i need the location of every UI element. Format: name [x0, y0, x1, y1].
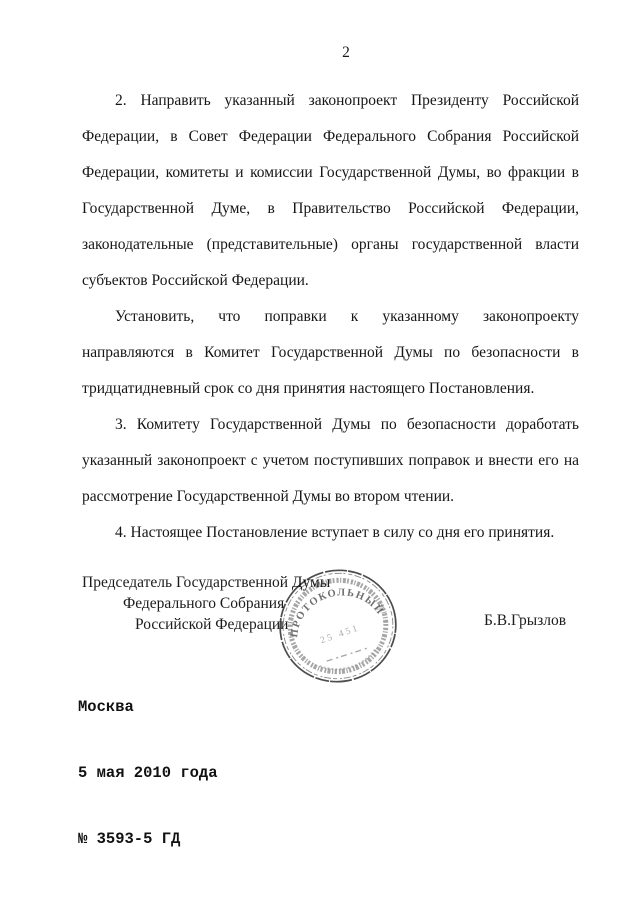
document-body: 2. Направить указанный законопроект През… [82, 83, 579, 551]
document-page: 2 2. Направить указанный законопроект Пр… [0, 0, 640, 905]
text-line: 3. Комитету Государственной Думы по безо… [82, 407, 579, 443]
paragraph: 3. Комитету Государственной Думы по безо… [82, 407, 579, 515]
text-line: Федерации, комитеты и комиссии Государст… [82, 155, 579, 191]
issuance-date: 5 мая 2010 года [78, 762, 218, 784]
text-line: 4. Настоящее Постановление вступает в си… [82, 515, 579, 551]
text-line: Федерации, в Совет Федерации Федеральног… [82, 119, 579, 155]
text-line: направляются в Комитет Государственной Д… [82, 335, 579, 371]
document-number: № 3593-5 ГД [78, 828, 218, 850]
paragraph: Установить, что поправки к указанному за… [82, 299, 579, 407]
text-line: 2. Направить указанный законопроект През… [82, 83, 579, 119]
signatory-name: Б.В.Грызлов [484, 610, 566, 631]
stamp-center-marks: 25 451 [319, 623, 361, 646]
text-line: Государственной Думе, в Правительство Ро… [82, 191, 579, 227]
text-line: указанный законопроект с учетом поступив… [82, 443, 579, 479]
text-line: рассмотрение Государственной Думы во вто… [82, 479, 579, 515]
paragraph: 4. Настоящее Постановление вступает в си… [82, 515, 579, 551]
protocol-stamp-icon: ПРОТОКОЛЬНЫЙ 25 451 [272, 560, 404, 692]
text-line: субъектов Российской Федерации. [82, 263, 579, 299]
stamp-bottom-dashes [326, 648, 367, 661]
page-number: 2 [330, 44, 362, 62]
text-line: законодательные (представительные) орган… [82, 227, 579, 263]
text-line: Установить, что поправки к указанному за… [82, 299, 579, 335]
issuance-block: Москва 5 мая 2010 года № 3593-5 ГД [78, 652, 218, 894]
issuance-city: Москва [78, 696, 218, 718]
paragraph: 2. Направить указанный законопроект През… [82, 83, 579, 299]
text-line: тридцатидневный срок со дня принятия нас… [82, 371, 579, 407]
